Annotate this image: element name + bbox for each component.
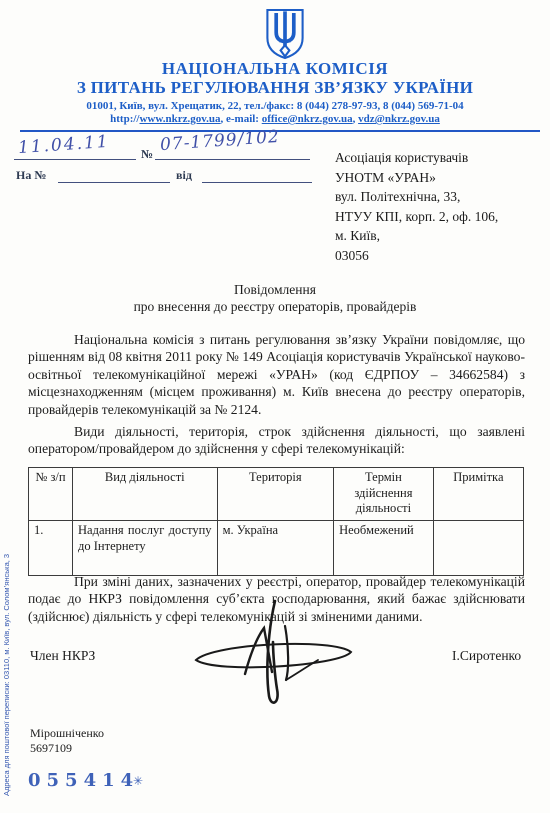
org-email2-link: vdz@nkrz.gov.ua — [358, 113, 440, 125]
recipient-address-block: Асоціація користувачів УНОТМ «УРАН» вул.… — [335, 148, 498, 265]
activities-table: № з/п Вид діяльності Територія Термін зд… — [28, 467, 524, 576]
reply-date-label: від — [176, 168, 192, 183]
header-cell-num: № з/п — [29, 468, 73, 521]
header-cell-note: Примітка — [433, 468, 523, 521]
recipient-line: УНОТМ «УРАН» — [335, 168, 498, 188]
header-cell-term: Термін здійснення діяльності — [334, 468, 434, 521]
executor-block: Мірошніченко 5697109 — [30, 726, 104, 756]
header-cell-territory: Територія — [217, 468, 334, 521]
org-address-line: 01001, Київ, вул. Хрещатик, 22, тел./фак… — [0, 100, 550, 112]
cell-term: Необмежений — [334, 521, 434, 576]
body-paragraph-2: Види діяльності, територія, строк здійсн… — [28, 423, 525, 458]
registration-stamp-number: 055414 — [28, 770, 139, 791]
web-prefix: http:// — [110, 113, 139, 125]
executor-phone: 5697109 — [30, 741, 104, 756]
reply-to-number-label: На № — [16, 168, 46, 183]
header-cell-activity: Вид діяльності — [73, 468, 218, 521]
cell-note — [433, 521, 523, 576]
recipient-line: м. Київ, — [335, 226, 498, 246]
table-header-row: № з/п Вид діяльності Територія Термін зд… — [29, 468, 524, 521]
recipient-line: Асоціація користувачів — [335, 148, 498, 168]
table-row: 1. Надання послуг доступу до Інтернету м… — [29, 521, 524, 576]
ukraine-trident-emblem-icon — [261, 7, 309, 61]
recipient-line: НТУУ КПІ, корп. 2, оф. 106, — [335, 207, 498, 227]
org-email1-link: office@nkrz.gov.ua — [262, 113, 353, 125]
cell-activity: Надання послуг доступу до Інтернету — [73, 521, 218, 576]
stamp-asterisk-mark: ✳ — [133, 774, 143, 789]
cell-num: 1. — [29, 521, 73, 576]
number-label: № — [141, 147, 153, 162]
number-blank-line — [155, 158, 310, 160]
org-website-link: www.nkrz.gov.ua — [139, 113, 220, 125]
executor-name: Мірошніченко — [30, 726, 104, 741]
handwritten-signature — [188, 596, 360, 712]
document-title: Повідомлення — [0, 282, 550, 298]
reply-number-blank-line — [58, 181, 170, 183]
org-title-line1: НАЦІОНАЛЬНА КОМІСІЯ — [0, 59, 550, 79]
document-subtitle: про внесення до реєстру операторів, пров… — [0, 299, 550, 315]
body-paragraph-1: Національна комісія з питань регулювання… — [28, 331, 525, 418]
org-title-line2: З ПИТАНЬ РЕГУЛЮВАННЯ ЗВ’ЯЗКУ УКРАЇНИ — [0, 78, 550, 98]
date-blank-line — [14, 158, 136, 160]
recipient-line: вул. Політехнічна, 33, — [335, 187, 498, 207]
recipient-line: 03056 — [335, 246, 498, 266]
signer-name: І.Сиротенко — [452, 648, 521, 664]
email-label: , e-mail: — [220, 113, 261, 125]
cell-territory: м. Україна — [217, 521, 334, 576]
reply-date-blank-line — [202, 181, 312, 183]
scanned-letter-page: НАЦІОНАЛЬНА КОМІСІЯ З ПИТАНЬ РЕГУЛЮВАННЯ… — [0, 0, 550, 813]
signer-position: Член НКРЗ — [30, 648, 95, 664]
handwritten-date: 11.04.11 — [17, 132, 110, 158]
postal-address-vertical: Адреса для поштової переписки: 03110, м.… — [2, 440, 11, 796]
org-contacts-line: http://www.nkrz.gov.ua, e-mail: office@n… — [0, 113, 550, 125]
